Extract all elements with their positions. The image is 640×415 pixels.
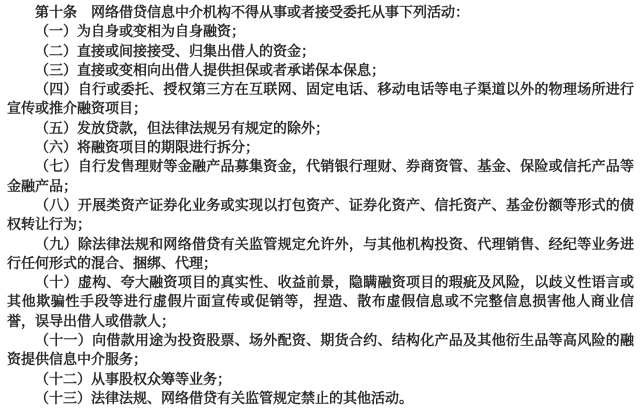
item-text: 直接或间接接受、归集出借人的资金； [77,44,315,60]
item-number: （三） [35,63,77,79]
item-text: 法律法规、网络借贷有关监管规定禁止的其他活动。 [91,391,413,407]
article-item-12: （十二）从事股权众筹等业务； [7,371,634,390]
item-text: 除法律法规和网络借贷有关监管规定允许外，与其他机构投资、代理销售、经纪等业务进行… [7,237,634,272]
article-item-9: （九）除法律法规和网络借贷有关监管规定允许外，与其他机构投资、代理销售、经纪等业… [7,236,634,275]
article-item-11: （十一）向借款用途为投资股票、场外配资、期货合约、结构化产品及其他衍生品等高风险… [7,332,634,371]
item-number: （四） [35,82,78,98]
item-text: 向借款用途为投资股票、场外配资、期货合约、结构化产品及其他衍生品等高风险的融资提… [7,333,634,368]
article-item-2: （二）直接或间接接受、归集出借人的资金； [7,43,634,62]
item-number: （十一） [35,333,92,349]
article-heading: 第十条网络借贷信息中介机构不得从事或者接受委托从事下列活动： [7,4,634,23]
article-number-label: 第十条 [35,5,77,21]
article-item-8: （八）开展类资产证券化业务或实现以打包资产、证券化资产、信托资产、基金份额等形式… [7,197,634,236]
item-text: 将融资项目的期限进行拆分； [77,140,259,156]
item-number: （十二） [35,372,91,388]
article-item-1: （一）为自身或变相为自身融资； [7,23,634,42]
item-text: 为自身或变相为自身融资； [77,24,245,40]
item-text: 发放贷款，但法律法规另有规定的除外； [77,121,329,137]
item-number: （六） [35,140,77,156]
item-number: （二） [35,44,77,60]
article-item-6: （六）将融资项目的期限进行拆分； [7,139,634,158]
item-number: （七） [35,159,78,175]
article-item-10: （十）虚构、夸大融资项目的真实性、收益前景，隐瞒融资项目的瑕疵及风险，以歧义性语… [7,274,634,332]
item-number: （十） [35,275,78,291]
item-text: 开展类资产证券化业务或实现以打包资产、证券化资产、信托资产、基金份额等形式的债权… [7,198,634,233]
item-text: 虚构、夸大融资项目的真实性、收益前景，隐瞒融资项目的瑕疵及风险，以歧义性语言或其… [7,275,634,330]
item-text: 自行或委托、授权第三方在互联网、固定电话、移动电话等电子渠道以外的物理场所进行宣… [7,82,634,117]
item-text: 直接或变相向出借人提供担保或者承诺保本保息； [77,63,385,79]
article-item-13: （十三）法律法规、网络借贷有关监管规定禁止的其他活动。 [7,390,634,409]
item-number: （一） [35,24,77,40]
item-number: （五） [35,121,77,137]
article-item-5: （五）发放贷款，但法律法规另有规定的除外； [7,120,634,139]
item-number: （九） [35,237,78,253]
article-intro-text: 网络借贷信息中介机构不得从事或者接受委托从事下列活动： [91,5,469,21]
item-number: （八） [35,198,78,214]
item-text: 从事股权众筹等业务； [91,372,231,388]
article-item-4: （四）自行或委托、授权第三方在互联网、固定电话、移动电话等电子渠道以外的物理场所… [7,81,634,120]
item-text: 自行发售理财等金融产品募集资金，代销银行理财、券商资管、基金、保险或信托产品等金… [7,159,634,194]
article-item-3: （三）直接或变相向出借人提供担保或者承诺保本保息； [7,62,634,81]
article-item-7: （七）自行发售理财等金融产品募集资金，代销银行理财、券商资管、基金、保险或信托产… [7,158,634,197]
item-number: （十三） [35,391,91,407]
regulation-document: 第十条网络借贷信息中介机构不得从事或者接受委托从事下列活动： （一）为自身或变相… [0,0,640,415]
